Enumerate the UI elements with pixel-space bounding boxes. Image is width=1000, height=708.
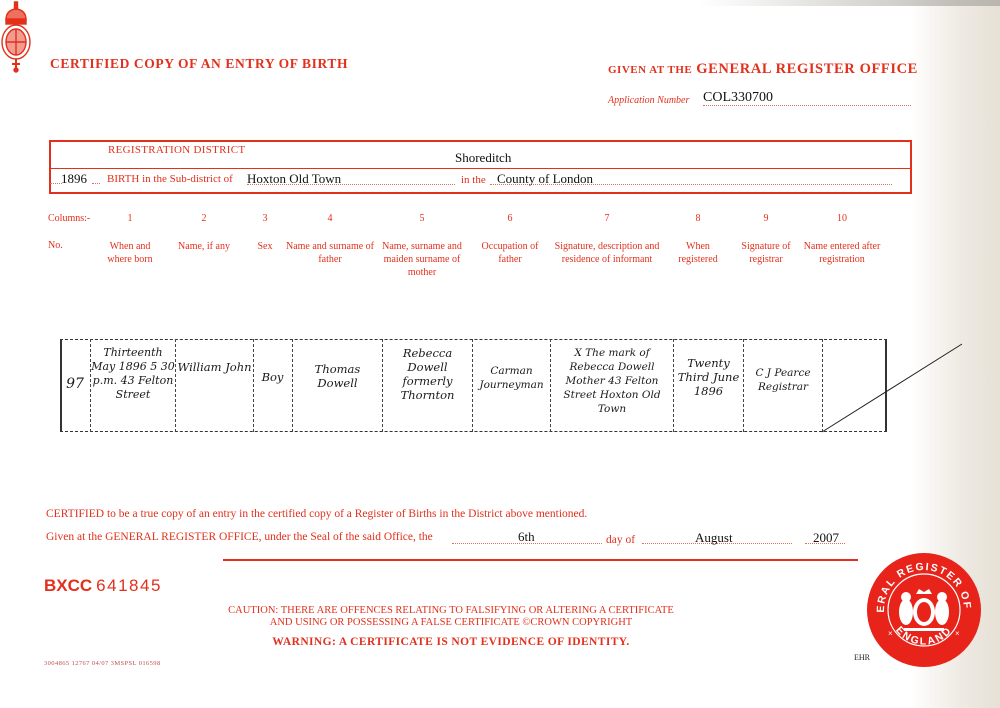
sub-district-value: Hoxton Old Town [247, 171, 341, 187]
column-header: Name and surname of father [285, 240, 375, 266]
certification-day-value: 6th [518, 529, 535, 545]
column-number: 6 [495, 213, 525, 224]
column-divider [175, 339, 176, 432]
application-number-value: COL330700 [703, 90, 773, 106]
column-header: Signature, description and residence of … [547, 240, 667, 266]
registration-district-value: Shoreditch [455, 150, 511, 166]
given-at-statement: Given at the GENERAL REGISTER OFFICE, un… [46, 531, 433, 543]
certificate-serial: BXCC641845 [44, 576, 162, 596]
entry-father: Thomas Dowell [293, 362, 382, 390]
no-label: No. [48, 239, 63, 252]
column-header: When registered [668, 240, 728, 266]
general-register-office-seal-icon: GENERAL REGISTER OFFICE ENGLAND × × [866, 552, 982, 668]
registration-year-value: 1896 [61, 171, 87, 187]
column-header: Name, if any [169, 240, 239, 253]
caution-notice: CAUTION: THERE ARE OFFENCES RELATING TO … [216, 605, 686, 629]
certification-year-value: 2007 [813, 530, 839, 546]
column-number: 9 [751, 213, 781, 224]
column-number: 3 [250, 213, 280, 224]
svg-text:×: × [955, 629, 960, 638]
certification-month-value: August [695, 530, 733, 546]
column-number: 2 [189, 213, 219, 224]
entry-registrar: C J Pearce Registrar [744, 366, 822, 394]
application-number-label: Application Number [608, 95, 689, 106]
entry-when-where-born: Thirteenth May 1896 5 30 p.m. 43 Felton … [91, 346, 175, 402]
county-value: County of London [497, 171, 593, 187]
column-number: 1 [115, 213, 145, 224]
entry-when-registered: Twenty Third June 1896 [674, 356, 743, 398]
paper-top-shadow [700, 0, 1000, 6]
registration-district-label: REGISTRATION DISTRICT [108, 144, 245, 156]
dotted-rule [703, 105, 911, 106]
entry-informant: X The mark of Rebecca Dowell Mother 43 F… [551, 346, 673, 416]
column-divider [253, 339, 254, 432]
birth-in-label: BIRTH in the Sub-district of [107, 173, 233, 185]
column-number: 10 [827, 213, 857, 224]
serial-number: 641845 [96, 576, 162, 595]
certified-statement: CERTIFIED to be a true copy of an entry … [46, 508, 587, 520]
column-number: 8 [683, 213, 713, 224]
column-header: Name entered after registration [802, 240, 882, 266]
column-header: Signature of registrar [731, 240, 801, 266]
entry-mother: Rebecca Dowell formerly Thornton [383, 346, 472, 402]
column-header: Sex [250, 240, 280, 253]
cancel-diagonal-line [820, 340, 970, 435]
column-header: Occupation of father [480, 240, 540, 266]
dotted-rule [92, 183, 100, 184]
day-of-label: day of [606, 534, 635, 546]
column-header: When and where born [100, 240, 160, 266]
entry-name: William John [176, 360, 253, 374]
in-the-label: in the [461, 174, 486, 186]
column-number: 4 [315, 213, 345, 224]
given-at-small: GIVEN AT THE [608, 64, 692, 76]
print-code: 3004865 12767 04/07 3MSPSL 016598 [44, 660, 161, 667]
red-divider [223, 559, 858, 561]
warning-notice: WARNING: A CERTIFICATE IS NOT EVIDENCE O… [216, 636, 686, 648]
entry-occupation: Carman Journeyman [473, 364, 550, 392]
serial-prefix: BXCC [44, 576, 92, 595]
entry-no: 97 [60, 377, 90, 391]
column-number: 7 [592, 213, 622, 224]
royal-crest-icon [0, 0, 32, 74]
entry-sex: Boy [253, 370, 292, 384]
svg-text:×: × [888, 629, 893, 638]
given-at-office: GENERAL REGISTER OFFICE [696, 61, 918, 77]
columns-label: Columns:- [48, 213, 90, 224]
certificate-title: CERTIFIED COPY OF AN ENTRY OF BIRTH [50, 56, 348, 72]
given-at-heading: GIVEN AT THEGENERAL REGISTER OFFICE [608, 60, 918, 78]
column-number: 5 [407, 213, 437, 224]
column-header: Name, surname and maiden surname of moth… [377, 240, 467, 279]
